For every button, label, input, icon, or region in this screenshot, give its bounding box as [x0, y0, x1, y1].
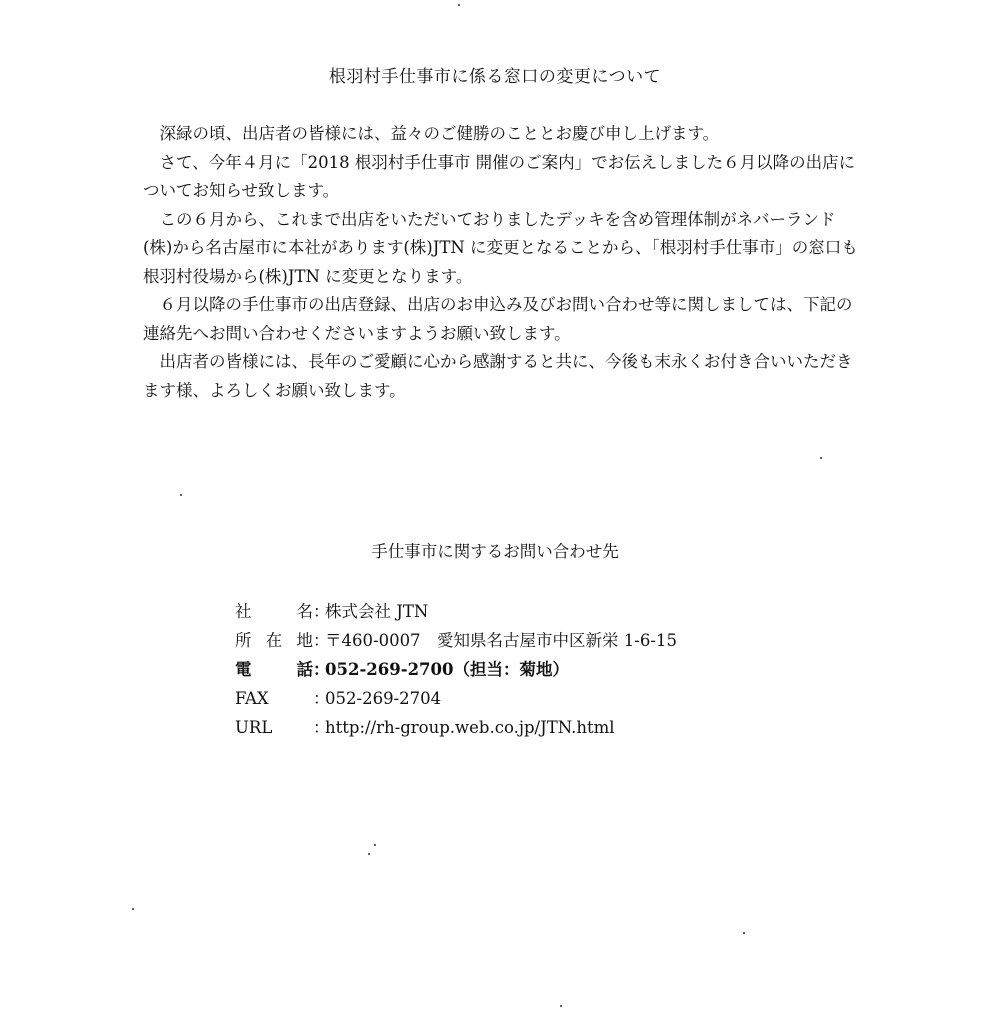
fax-label: FAX — [235, 684, 313, 713]
document-body: 深緑の頃、出店者の皆様には、益々のご健勝のこととお慶び申し上げます。 さて、今年… — [143, 120, 863, 405]
scan-speck — [374, 844, 376, 846]
url-label: URL — [235, 713, 313, 742]
fax-value: 052-269-2704 — [325, 684, 441, 713]
contact-row-phone: 電話 ： 052-269-2700（担当：菊地） — [235, 655, 677, 684]
paragraph-contact-request: ６月以降の手仕事市の出店登録、出店のお申込み及びお問い合わせ等に関しましては、下… — [143, 291, 863, 348]
address-value: 〒460-0007 愛知県名古屋市中区新栄 1-6-15 — [325, 626, 677, 655]
scan-speck — [458, 4, 460, 6]
separator: ： — [313, 597, 325, 626]
contact-title: 手仕事市に関するお問い合わせ先 — [0, 538, 990, 562]
contact-row-address: 所在地 ： 〒460-0007 愛知県名古屋市中区新栄 1-6-15 — [235, 626, 677, 655]
separator: ： — [313, 626, 325, 655]
separator: ： — [313, 713, 325, 742]
url-value: http://rh-group.web.co.jp/JTN.html — [325, 713, 615, 742]
paragraph-greeting: 深緑の頃、出店者の皆様には、益々のご健勝のこととお慶び申し上げます。 — [143, 120, 863, 149]
contact-row-fax: FAX ： 052-269-2704 — [235, 684, 677, 713]
paragraph-notice: さて、今年４月に「2018 根羽村手仕事市 開催のご案内」でお伝えしました６月以… — [143, 149, 863, 206]
address-label: 所在地 — [235, 626, 313, 655]
contact-info: 社名 ： 株式会社 JTN 所在地 ： 〒460-0007 愛知県名古屋市中区新… — [235, 597, 677, 742]
phone-value: 052-269-2700（担当：菊地） — [325, 655, 569, 684]
scan-speck — [180, 494, 182, 496]
scan-speck — [560, 1005, 562, 1007]
scan-speck — [820, 457, 822, 459]
scan-speck — [368, 853, 370, 855]
document-title: 根羽村手仕事市に係る窓口の変更について — [0, 62, 990, 87]
phone-label: 電話 — [235, 655, 313, 684]
contact-row-url: URL ： http://rh-group.web.co.jp/JTN.html — [235, 713, 677, 742]
contact-row-company: 社名 ： 株式会社 JTN — [235, 597, 677, 626]
scan-speck — [132, 908, 134, 910]
separator: ： — [313, 655, 325, 684]
paragraph-closing: 出店者の皆様には、長年のご愛顧に心から感謝すると共に、今後も末永くお付き合いいた… — [143, 348, 863, 405]
company-value: 株式会社 JTN — [325, 597, 428, 626]
separator: ： — [313, 684, 325, 713]
scan-speck — [743, 932, 745, 934]
company-label: 社名 — [235, 597, 313, 626]
paragraph-change: この６月から、これまで出店をいただいておりましたデッキを含め管理体制がネバーラン… — [143, 206, 863, 292]
